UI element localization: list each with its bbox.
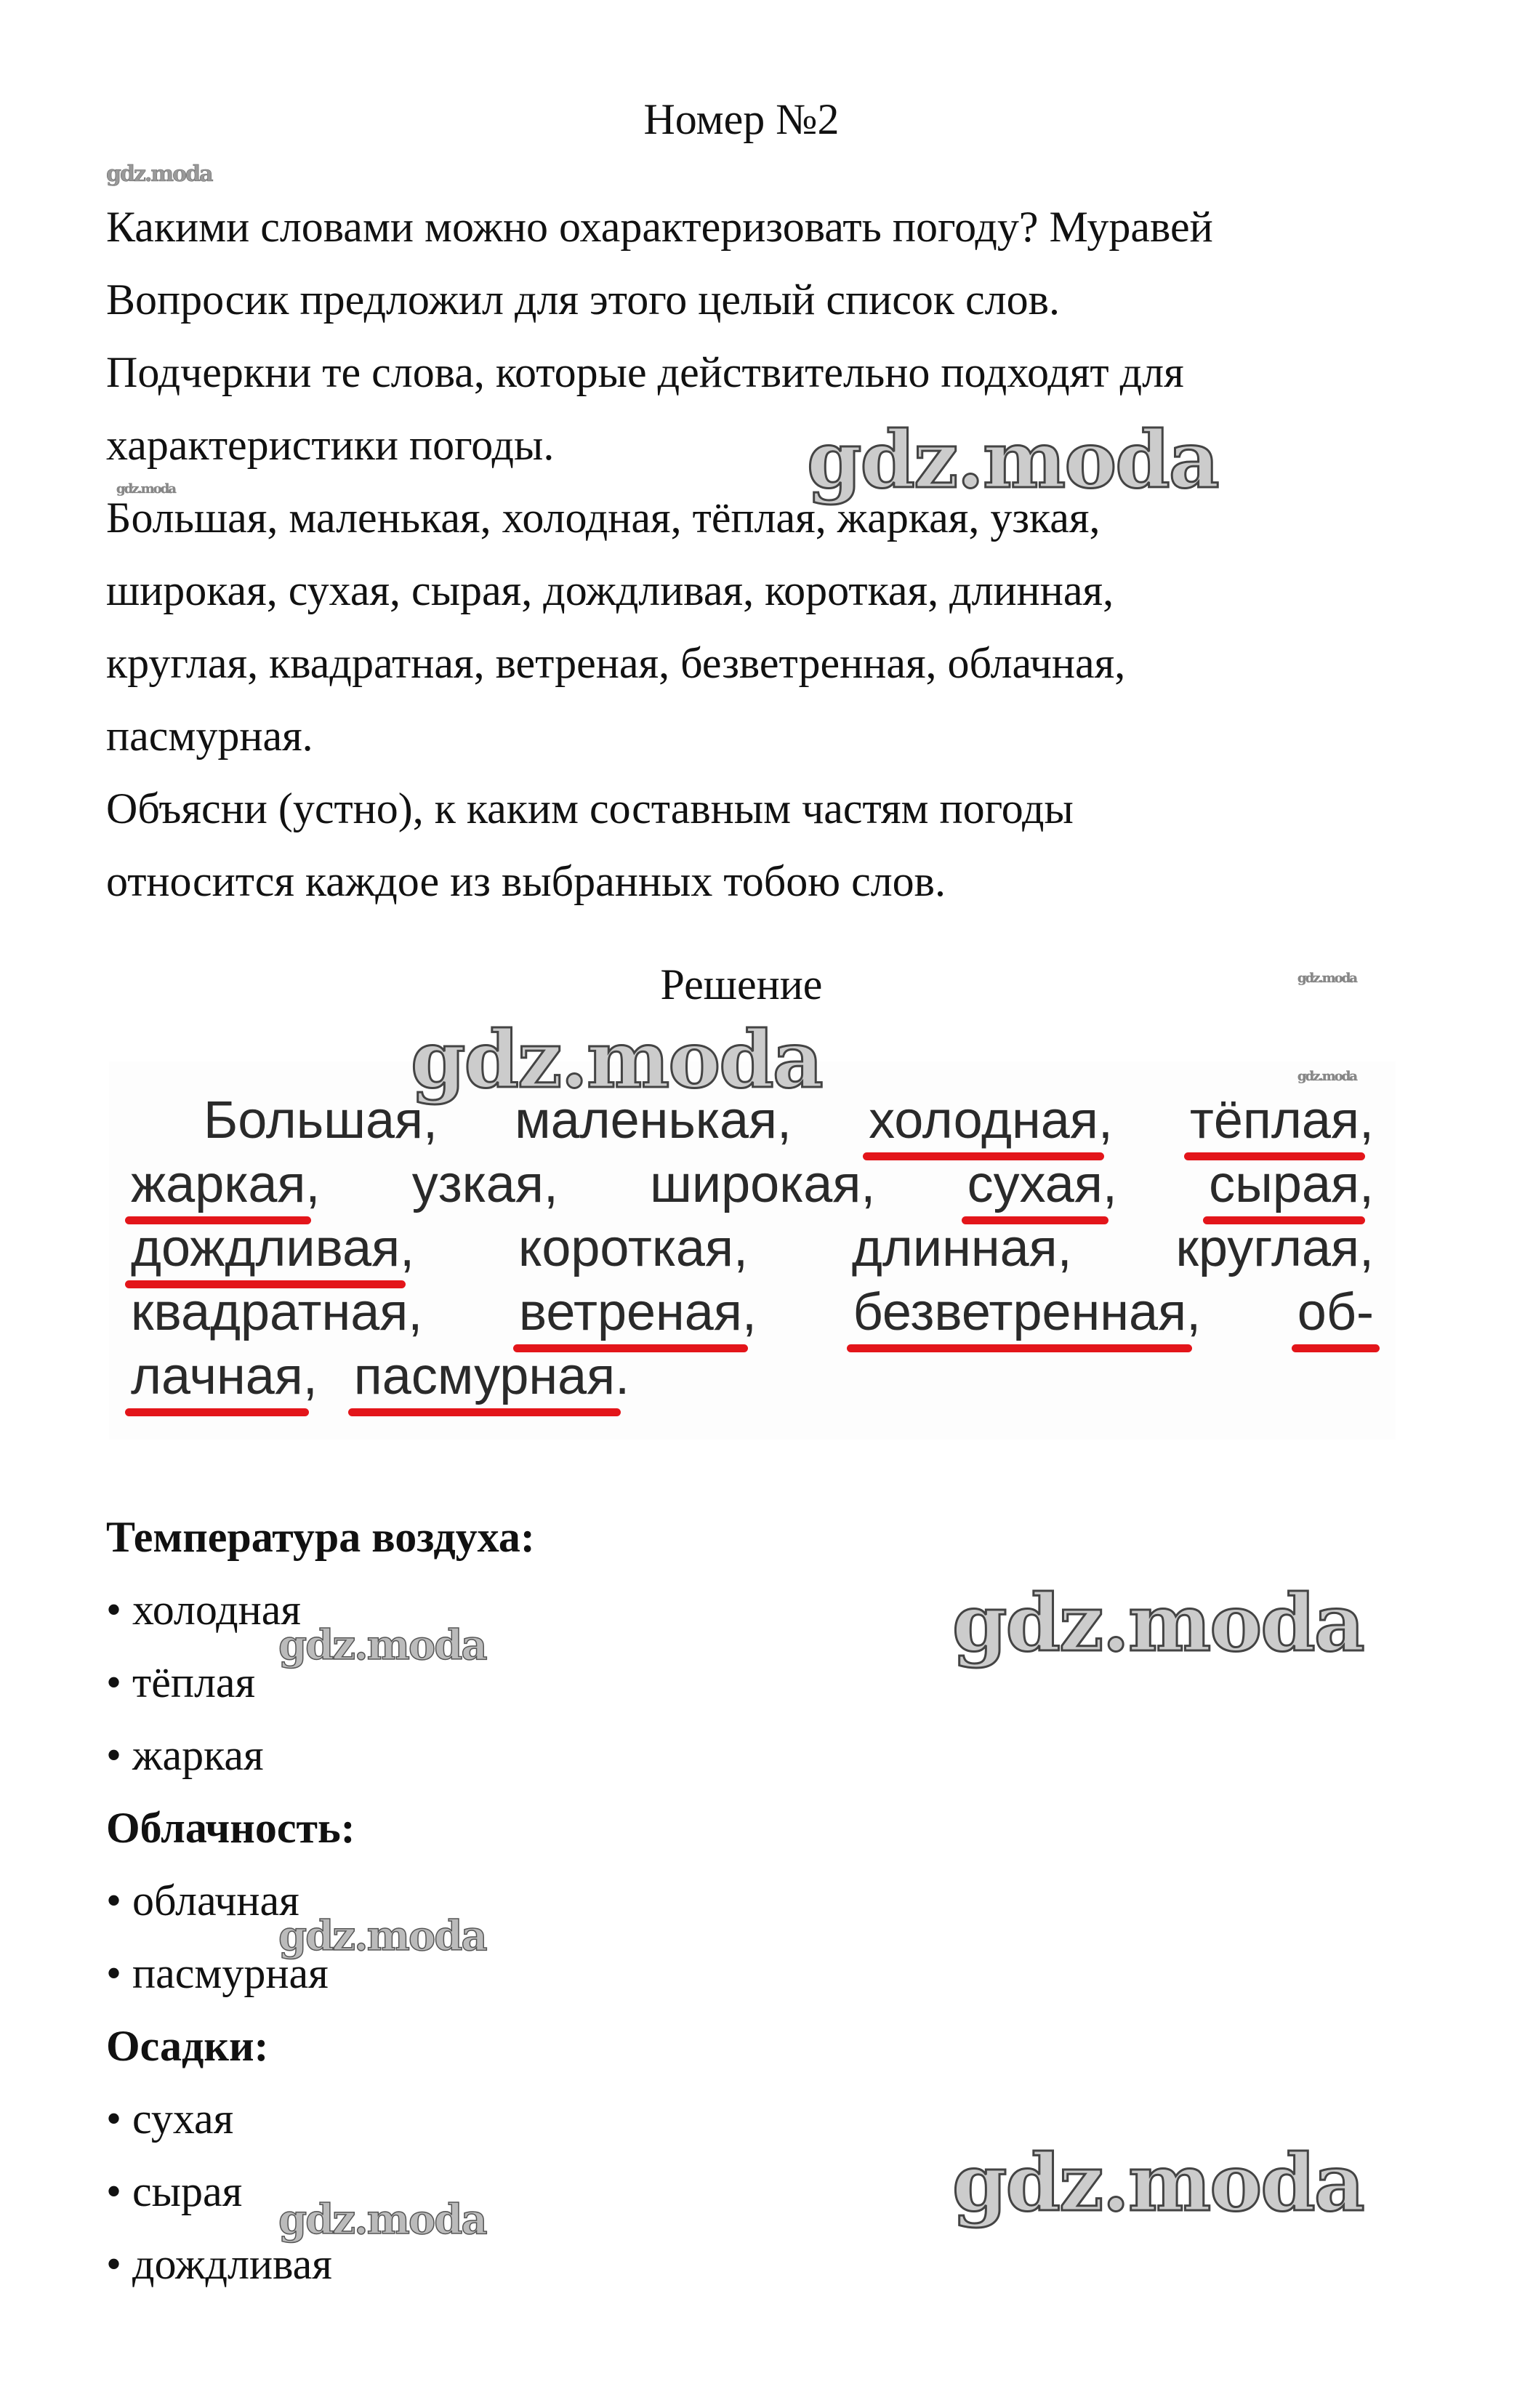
solution-line: жаркая,узкая,широкая,сухая,сырая, [131, 1155, 1374, 1214]
solution-word: жаркая, [131, 1155, 320, 1214]
solution-word: пасмурная. [354, 1347, 629, 1406]
solution-line: лачная,пасмурная. [131, 1347, 1374, 1406]
watermark: gdz.moda [116, 481, 175, 497]
category-item: • дождливая [106, 2239, 332, 2289]
task-line: характеристики погоды. [106, 409, 554, 481]
category-item: • жаркая [106, 1730, 264, 1781]
solution-word: короткая, [518, 1219, 748, 1278]
task-line: относится каждое из выбранных тобою слов… [106, 845, 946, 918]
solution-word: широкая, [650, 1155, 875, 1214]
solution-word: безветренная, [853, 1283, 1201, 1342]
task-line: Подчеркни те слова, которые действительн… [106, 336, 1184, 409]
category-item: • облачная [106, 1876, 299, 1926]
watermark: gdz.moda [278, 1621, 486, 1669]
task-line: Вопросик предложил для этого целый списо… [106, 263, 1060, 336]
task-line: Какими словами можно охарактеризовать по… [106, 190, 1213, 263]
watermark: gdz.moda [952, 2138, 1364, 2229]
solution-word: об- [1297, 1283, 1374, 1342]
watermark: gdz.moda [1297, 1069, 1356, 1084]
category-item: • сухая [106, 2094, 233, 2144]
watermark: gdz.moda [278, 2196, 486, 2244]
category-heading: Осадки: [106, 2021, 269, 2071]
solution-word: тёплая, [1190, 1091, 1374, 1150]
category-item: • холодная [106, 1585, 301, 1635]
task-line: широкая, сухая, сырая, дождливая, коротк… [106, 554, 1114, 627]
task-line: пасмурная. [106, 699, 313, 772]
watermark: gdz.moda [411, 1014, 822, 1106]
page-title: Номер №2 [0, 95, 1483, 145]
watermark: gdz.moda [106, 161, 212, 187]
category-heading: Облачность: [106, 1803, 355, 1853]
watermark: gdz.moda [278, 1912, 486, 1960]
solution-line: квадратная,ветреная,безветренная,об- [131, 1283, 1374, 1342]
category-item: • сырая [106, 2167, 242, 2217]
solution-image: Большая,маленькая,холодная,тёплая,жаркая… [109, 1061, 1396, 1440]
solution-word: Большая, [204, 1091, 438, 1150]
watermark: gdz.moda [807, 414, 1218, 506]
solution-word: круглая, [1176, 1219, 1374, 1278]
solution-word: квадратная, [131, 1283, 422, 1342]
task-line: Объясни (устно), к каким составным частя… [106, 772, 1074, 845]
watermark: gdz.moda [952, 1578, 1364, 1669]
watermark: gdz.moda [1297, 971, 1356, 986]
solution-word: сухая, [967, 1155, 1117, 1214]
solution-word: длинная, [852, 1219, 1072, 1278]
solution-word: сырая, [1209, 1155, 1374, 1214]
solution-word: ветреная, [519, 1283, 757, 1342]
solution-heading: Решение [0, 960, 1483, 1010]
solution-word: дождливая, [131, 1219, 414, 1278]
category-item: • тёплая [106, 1658, 255, 1708]
solution-word: холодная, [869, 1091, 1113, 1150]
solution-line: дождливая,короткая,длинная,круглая, [131, 1219, 1374, 1278]
category-heading: Температура воздуха: [106, 1512, 535, 1562]
solution-word: лачная, [131, 1347, 318, 1406]
task-line: круглая, квадратная, ветреная, безветрен… [106, 627, 1125, 699]
solution-word: узкая, [412, 1155, 558, 1214]
